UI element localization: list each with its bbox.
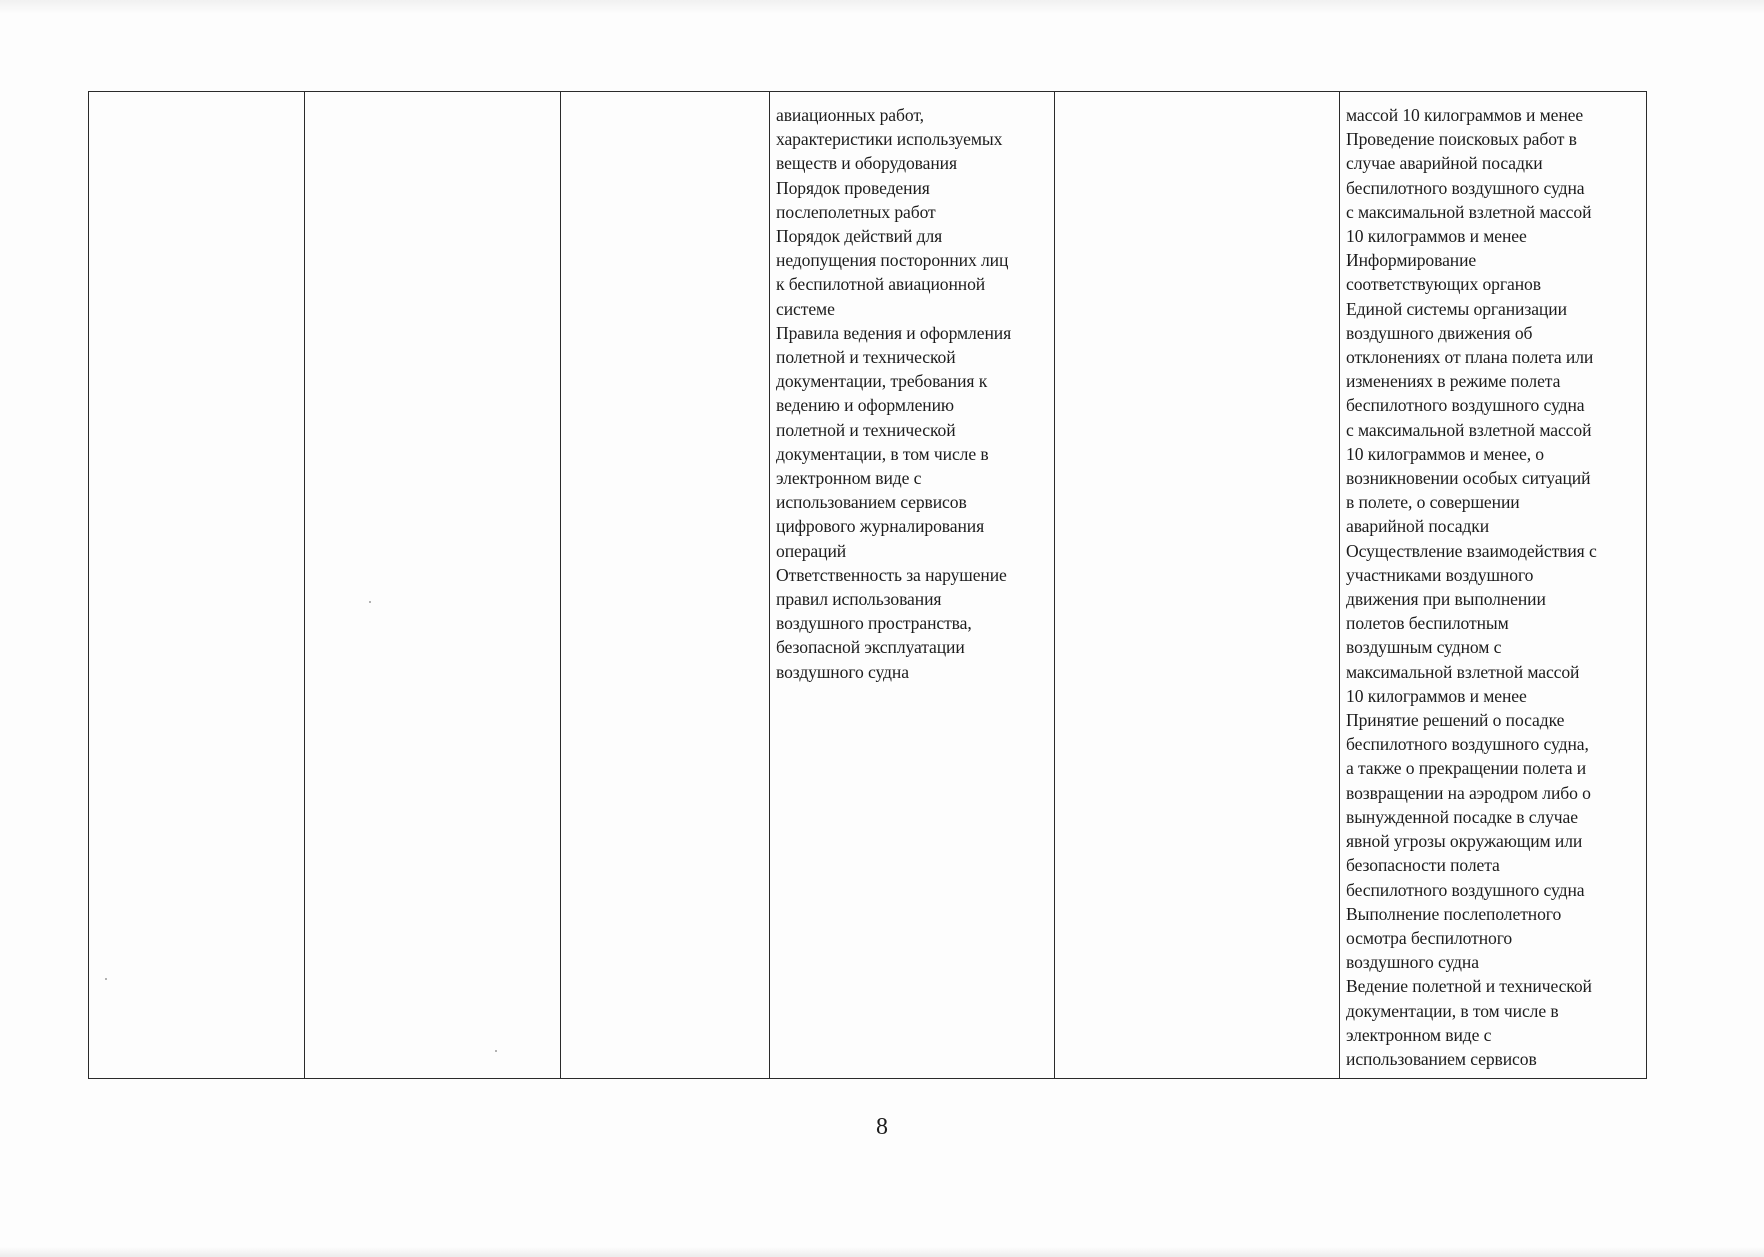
page-number: 8 [0,1112,1764,1142]
document-table: авиационных работ, характеристики исполь… [88,91,1647,1079]
table-cell-knowledge: авиационных работ, характеристики исполь… [770,92,1055,1079]
table-cell-col-2 [305,92,561,1079]
scan-speck [369,601,371,603]
table-cell-col-1 [89,92,305,1079]
cell-text [1055,92,1339,103]
scan-speck [495,1050,497,1052]
knowledge-text: авиационных работ, характеристики исполь… [770,92,1054,684]
cell-text [561,92,769,103]
scan-speck [105,978,107,980]
table-cell-col-5 [1055,92,1340,1079]
table-cell-actions: массой 10 килограммов и менее Проведение… [1340,92,1647,1079]
actions-text: массой 10 килограммов и менее Проведение… [1340,92,1646,1071]
cell-text [305,92,560,103]
scan-edge-bottom [0,1247,1764,1257]
cell-text [89,92,304,103]
table-row: авиационных работ, характеристики исполь… [89,92,1647,1079]
scan-edge-top [0,0,1764,14]
table-cell-col-3 [561,92,770,1079]
